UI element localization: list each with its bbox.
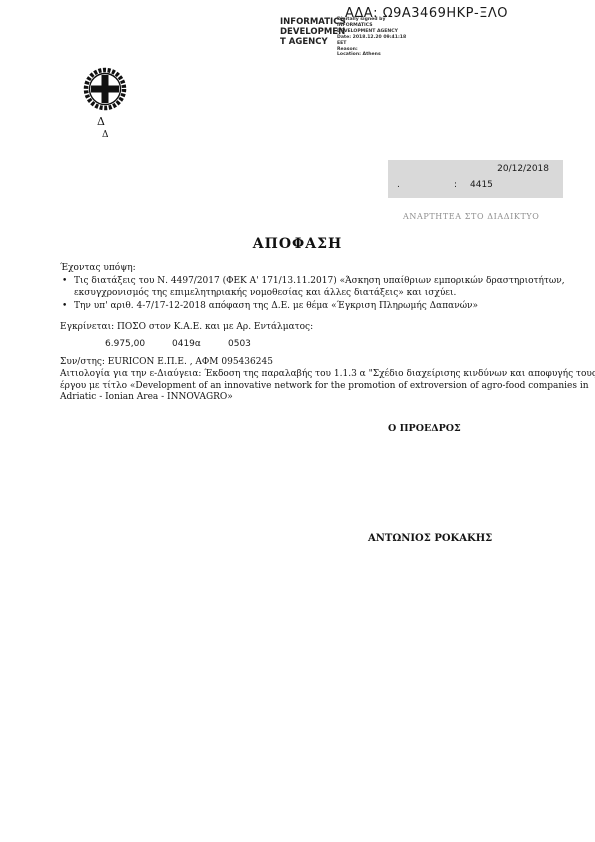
warrant-number: 0503: [228, 339, 251, 349]
bullet-line: Την υπ' αριθ. 4-7/17-12-2018 απόφαση της…: [74, 301, 478, 311]
amount-value: 6.975,00: [105, 339, 145, 349]
bullet-line: Τις διατάξεις του Ν. 4497/2017 (ΦΕΚ Α' 1…: [74, 276, 565, 286]
justification-line: Adriatic - Ionian Area - INNOVAGRO»: [60, 392, 233, 402]
justification-line: Αιτιολογία για την ε-Διαύγεια: Έκδοση τη…: [60, 369, 595, 379]
greek-emblem-icon: [82, 66, 128, 118]
bullet-icon: •: [62, 301, 67, 311]
protocol-separator: :: [454, 180, 457, 190]
beneficiary-line: Συν/στης: EURICON Ε.Π.Ε. , ΑΦΜ 095436245: [60, 357, 273, 367]
protocol-box: 20/12/2018 . : 4415: [388, 160, 563, 198]
agency-name-line: DEVELOPMEN: [280, 27, 338, 37]
decision-title: ΑΠΟΦΑΣΗ: [0, 236, 595, 252]
amount-row: 6.975,00 0419α 0503: [0, 339, 595, 351]
emblem-mark: Δ: [97, 115, 105, 128]
protocol-date: 20/12/2018: [497, 164, 549, 174]
approval-line: Εγκρίνεται: ΠΟΣΟ στον Κ.Α.Ε. και με Αρ. …: [60, 322, 313, 332]
agency-name-line: T AGENCY: [280, 37, 338, 47]
emblem-mark: Δ: [102, 130, 109, 140]
president-title: Ο ΠΡΟΕΔΡΟΣ: [388, 423, 461, 434]
kae-value: 0419α: [172, 339, 201, 349]
decision-document-page: ΑΔΑ: Ω9Α3469ΗΚΡ-ΞΛΟ INFORMATICS DEVELOPM…: [0, 0, 595, 842]
having-regard-label: Έχοντας υπόψη:: [60, 263, 136, 273]
web-posting-note: ΑΝΑΡΤΗΤΕΑ ΣΤΟ ΔΙΑΔΙΚΤΥΟ: [403, 212, 539, 221]
signature-detail-line: Location: Athens: [337, 52, 415, 58]
signature-detail-line: Date: 2018.12.20 09:41:18: [337, 35, 415, 41]
bullet-icon: •: [62, 276, 67, 286]
justification-line: έργου με τίτλο «Development of an innova…: [60, 381, 589, 391]
protocol-number: 4415: [470, 180, 493, 190]
bullet-line: εκσυγχρονισμός της επιμελητηριακής νομοθ…: [74, 288, 456, 298]
president-name: ΑΝΤΩΝΙΟΣ ΡΟΚΑΚΗΣ: [368, 533, 492, 544]
agency-name-line: INFORMATICS: [280, 17, 338, 27]
protocol-city-dot: .: [397, 180, 400, 190]
